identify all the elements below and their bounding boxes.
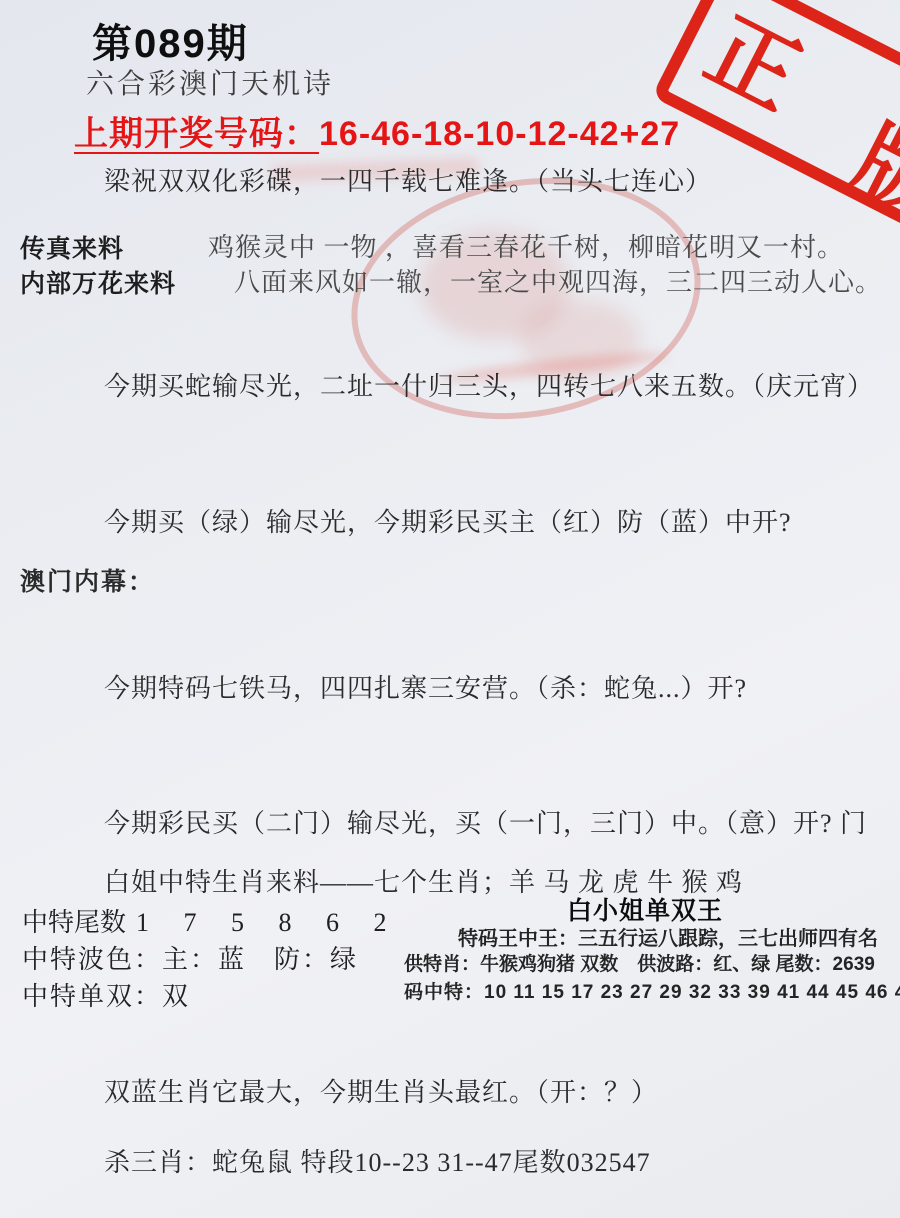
right-block-line-1: 特码王中王：三五行运八跟踪，三七出师四有名 — [458, 922, 878, 951]
tail-numbers-row: 中特尾数1 7 5 8 6 2 — [22, 902, 401, 939]
wave-color-row: 中特波色：主：蓝 防：绿 — [22, 939, 358, 976]
stamp-char-left: 正 — [689, 0, 825, 134]
stamp-char-right: 版 — [835, 90, 900, 242]
fax-source-text: 鸡猴灵中 一物 ，喜看三春花千树，柳暗花明又一村。 — [208, 227, 844, 264]
poem-line-4: 今期特码七铁马，四四扎寨三安营。（杀：蛇兔...）开? — [104, 668, 747, 705]
right-block-line-3: 码中特：10 11 15 17 23 27 29 32 33 39 41 44 … — [404, 977, 900, 1004]
last-draw-numbers: 16-46-18-10-12-42+27 — [319, 115, 680, 153]
internal-source-text: 八面来风如一辙，一室之中观四海，三二四三动人心。 — [234, 262, 882, 299]
fax-source-label: 传真来料 — [20, 229, 124, 265]
kill-three-zodiac-line: 杀三肖：蛇兔鼠 特段10--23 31--47尾数032547 — [104, 1142, 651, 1179]
tail-numbers-label: 中特尾数 — [22, 908, 126, 937]
sheet-subtitle: 六合彩澳门天机诗 — [86, 62, 334, 102]
tail-numbers-value: 1 7 5 8 6 2 — [136, 908, 401, 937]
right-block-line-2: 供特肖：牛猴鸡狗猪 双数 供波路：红、绿 尾数：2639 — [404, 949, 875, 976]
poem-line-7: 双蓝生肖它最大，今期生肖头最红。（开：？） — [104, 1072, 658, 1109]
issue-title: 第089期 — [92, 12, 249, 69]
tip-sheet-page: 第089期 六合彩澳门天机诗 上期开奖号码：16-46-18-10-12-42+… — [0, 0, 900, 1218]
poem-line-3: 今期买（绿）输尽光，今期彩民买主（红）防（蓝）中开? — [104, 502, 792, 539]
odd-even-row: 中特单双：双 — [22, 976, 190, 1013]
internal-source-label: 内部万花来料 — [20, 264, 176, 300]
poem-line-5: 今期彩民买（二门）输尽光，买（一门，三门）中。（意）开? 门 — [104, 803, 867, 840]
last-draw-label: 上期开奖号码： — [74, 115, 319, 153]
last-draw-line: 上期开奖号码：16-46-18-10-12-42+27 — [74, 106, 680, 155]
poem-line-1: 梁祝双双化彩碟，一四千载七难逢。（当头七连心） — [104, 161, 712, 198]
macau-insider-label: 澳门内幕： — [20, 562, 155, 598]
poem-line-2: 今期买蛇输尽光，二址一什归三头，四转七八来五数。（庆元宵） — [104, 366, 874, 403]
genuine-stamp: 正 版 — [652, 0, 900, 247]
